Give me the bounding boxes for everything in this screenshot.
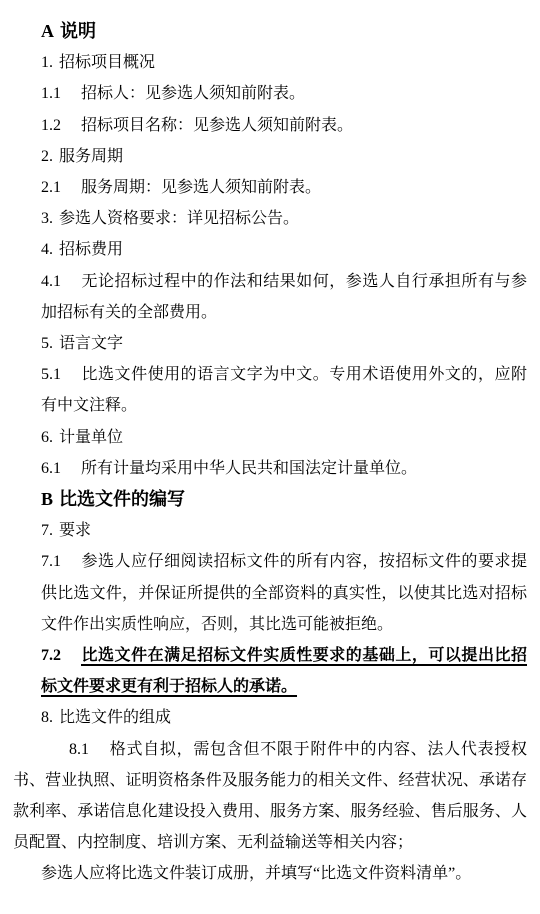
clause-2: 2.服务周期 — [41, 141, 527, 172]
clause-number: 1.2 — [41, 110, 61, 141]
clause-text: 所有计量均采用中华人民共和国法定计量单位。 — [81, 460, 417, 477]
clause-text: 参选人应仔细阅读招标文件的所有内容，按招标文件的要求提供比选文件，并保证所提供的… — [41, 553, 527, 632]
clause-number: 6.1 — [41, 453, 61, 484]
clause-number: 1. — [41, 47, 53, 78]
clause-text: 招标费用 — [59, 241, 123, 258]
clause-number: 8. — [41, 702, 53, 733]
clause-number: 5.1 — [41, 359, 61, 390]
clause-text: 招标人：见参选人须知前附表。 — [81, 85, 305, 102]
clause-3: 3.参选人资格要求：详见招标公告。 — [41, 203, 527, 234]
clause-1: 1.招标项目概况 — [41, 47, 527, 78]
clause-7: 7.要求 — [41, 515, 527, 546]
clause-text: 计量单位 — [59, 429, 123, 446]
closing-paragraph: 参选人应将比选文件装订成册，并填写“比选文件资料清单”。 — [13, 858, 527, 889]
clause-8-1: 8.1格式自拟，需包含但不限于附件中的内容、法人代表授权书、营业执照、证明资格条… — [13, 734, 527, 859]
clause-5: 5.语言文字 — [41, 328, 527, 359]
clause-7-2-emphasized: 7.2比选文件在满足招标文件实质性要求的基础上，可以提出比招标文件要求更有利于招… — [41, 640, 527, 702]
document-page: A说明 1.招标项目概况 1.1招标人：见参选人须知前附表。 1.2招标项目名称… — [0, 0, 540, 914]
clause-7-1: 7.1参选人应仔细阅读招标文件的所有内容，按招标文件的要求提供比选文件，并保证所… — [41, 546, 527, 640]
clause-number: 5. — [41, 328, 53, 359]
clause-text: 要求 — [59, 522, 91, 539]
clause-number: 7.1 — [41, 546, 61, 577]
clause-text-underlined: 比选文件在满足招标文件实质性要求的基础上，可以提出比招标文件要求更有利于招标人的… — [41, 647, 527, 695]
clause-text: 招标项目概况 — [59, 54, 155, 71]
clause-text: 格式自拟，需包含但不限于附件中的内容、法人代表授权书、营业执照、证明资格条件及服… — [13, 741, 527, 852]
clause-text: 服务周期 — [59, 148, 123, 165]
clause-number: 4.1 — [41, 266, 61, 297]
clause-6-1: 6.1所有计量均采用中华人民共和国法定计量单位。 — [41, 453, 527, 484]
clause-4: 4.招标费用 — [41, 234, 527, 265]
clause-6: 6.计量单位 — [41, 422, 527, 453]
clause-number: 7. — [41, 515, 53, 546]
clause-number: 8.1 — [41, 734, 89, 765]
clause-number: 6. — [41, 422, 53, 453]
clause-4-1: 4.1无论招标过程中的作法和结果如何，参选人自行承担所有与参加招标有关的全部费用… — [41, 266, 527, 328]
clause-number: 1.1 — [41, 78, 61, 109]
section-letter: A — [41, 16, 54, 47]
clause-5-1: 5.1比选文件使用的语言文字为中文。专用术语使用外文的，应附有中文注释。 — [41, 359, 527, 421]
clause-1-1: 1.1招标人：见参选人须知前附表。 — [41, 78, 527, 109]
clause-number: 7.2 — [41, 640, 61, 671]
section-heading-b: B比选文件的编写 — [41, 484, 527, 515]
clause-text: 比选文件的组成 — [59, 709, 171, 726]
clause-text: 招标项目名称：见参选人须知前附表。 — [81, 117, 353, 134]
clause-text: 比选文件使用的语言文字为中文。专用术语使用外文的，应附有中文注释。 — [41, 366, 527, 414]
clause-number: 2.1 — [41, 172, 61, 203]
section-letter: B — [41, 484, 53, 515]
clause-8: 8.比选文件的组成 — [41, 702, 527, 733]
clause-text: 服务周期：见参选人须知前附表。 — [81, 179, 321, 196]
section-heading-a: A说明 — [41, 16, 527, 47]
clause-text: 参选人资格要求：详见招标公告。 — [59, 210, 299, 227]
section-title: 比选文件的编写 — [59, 489, 185, 509]
clause-number: 4. — [41, 234, 53, 265]
clause-2-1: 2.1服务周期：见参选人须知前附表。 — [41, 172, 527, 203]
clause-text: 无论招标过程中的作法和结果如何，参选人自行承担所有与参加招标有关的全部费用。 — [41, 273, 527, 321]
section-title: 说明 — [60, 21, 96, 41]
clause-1-2: 1.2招标项目名称：见参选人须知前附表。 — [41, 110, 527, 141]
clause-text: 语言文字 — [59, 335, 123, 352]
closing-text: 参选人应将比选文件装订成册，并填写“比选文件资料清单”。 — [41, 865, 471, 882]
clause-number: 2. — [41, 141, 53, 172]
clause-number: 3. — [41, 203, 53, 234]
